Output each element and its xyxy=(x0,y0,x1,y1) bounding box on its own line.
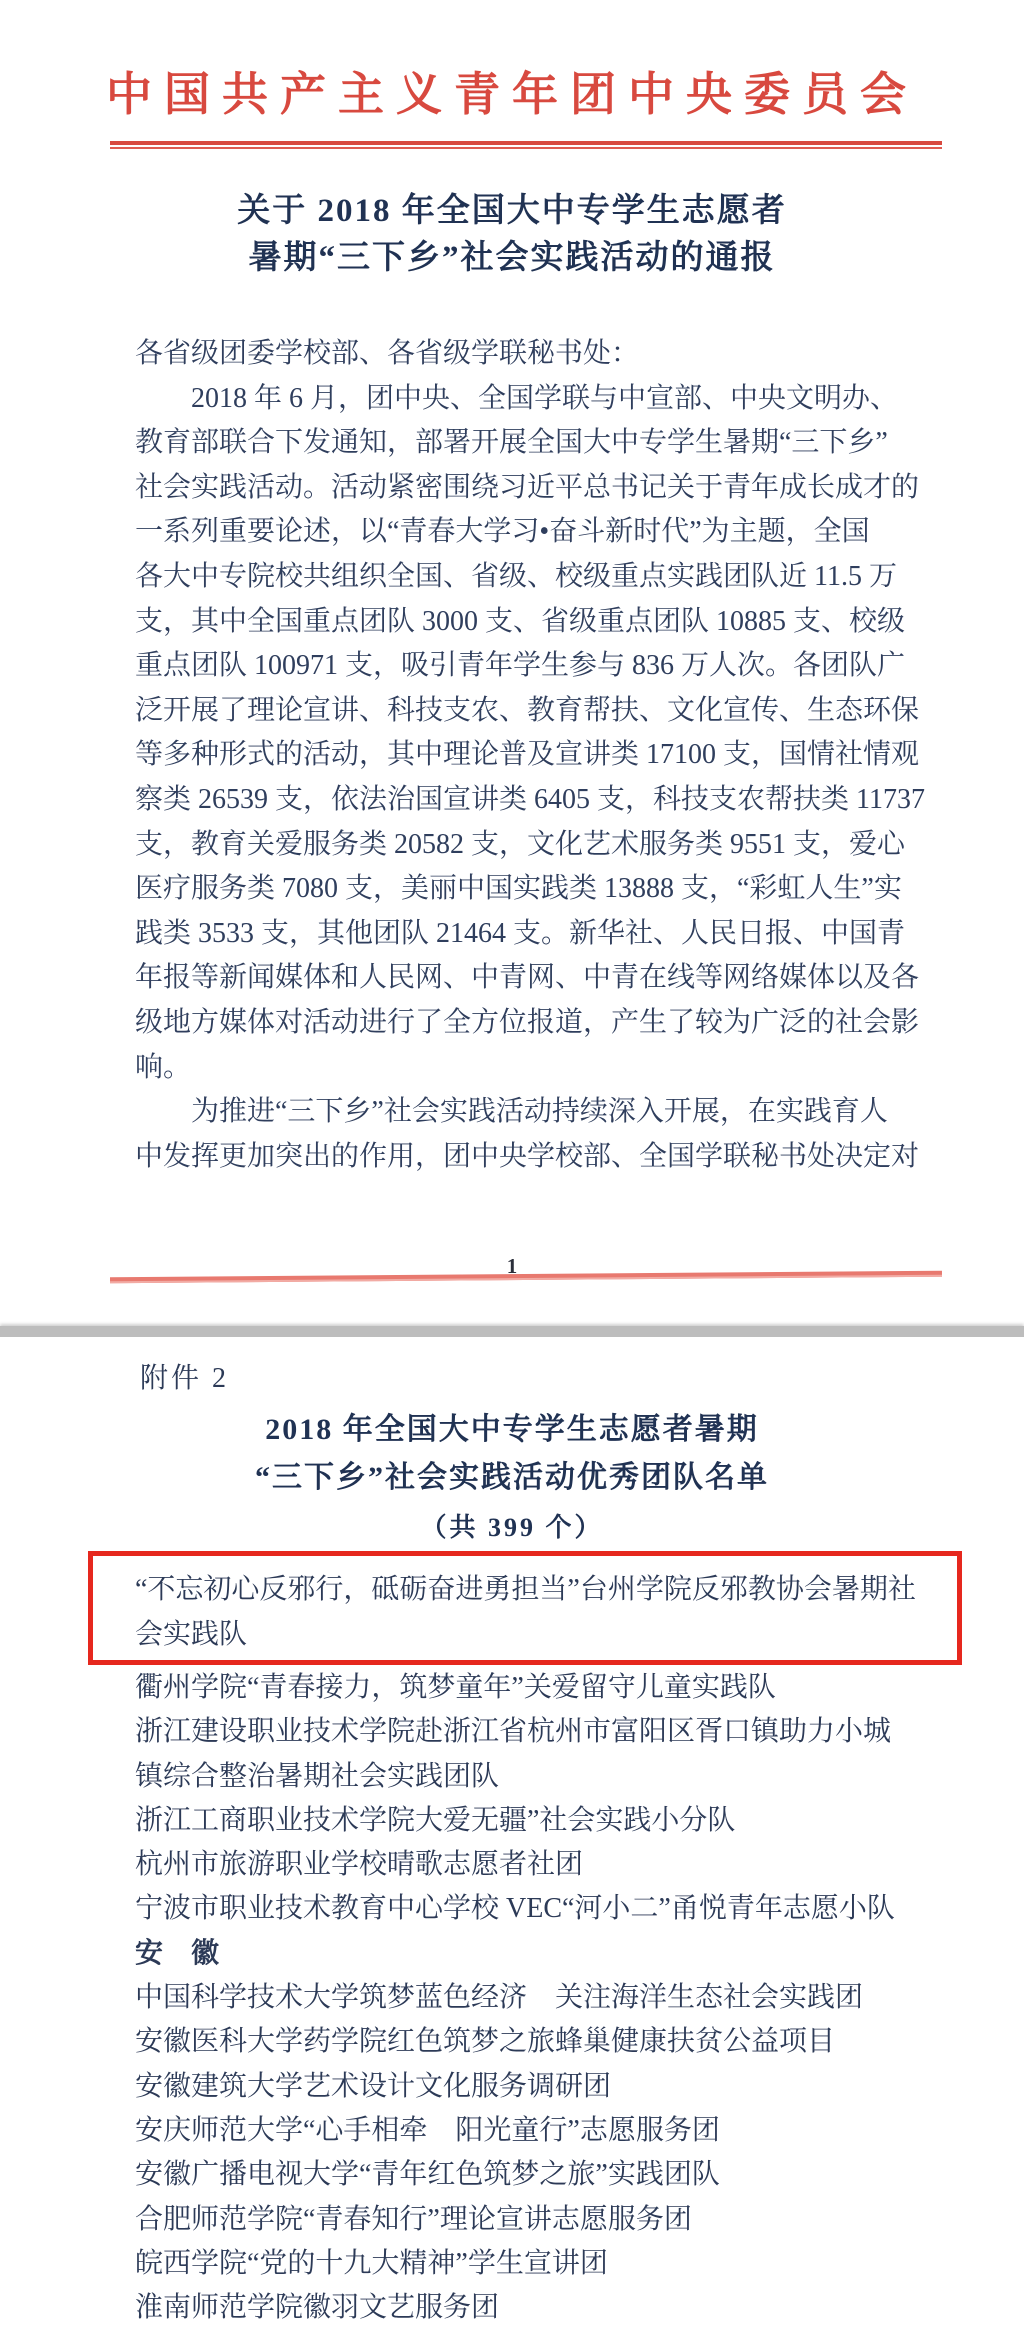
body-line: 级地方媒体对活动进行了全方位报道，产生了较为广泛的社会影 xyxy=(135,1001,905,1046)
notice-body: 各省级团委学校部、各省级学联秘书处：2018 年 6 月，团中央、全国学联与中宣… xyxy=(135,332,905,1179)
body-line: 教育部联合下发通知，部署开展全国大中专学生暑期“三下乡” xyxy=(135,421,905,466)
team-list-item: 合肥师范学院“青春知行”理论宣讲志愿服务团 xyxy=(135,2198,985,2242)
team-list-item: 安庆师范大学“心手相牵 阳光童行”志愿服务团 xyxy=(135,2109,985,2153)
masthead-divider xyxy=(110,141,942,149)
attachment-label: 附件 2 xyxy=(140,1356,229,1396)
highlighted-team-box: “不忘初心反邪行，砥砺奋进勇担当”台州学院反邪教协会暑期社会实践队 xyxy=(88,1551,962,1665)
team-list-item: 中国科学技术大学筑梦蓝色经济 关注海洋生态社会实践团 xyxy=(135,1976,985,2020)
appendix-title-line: 2018 年全国大中专学生志愿者暑期 xyxy=(0,1406,1024,1454)
team-list-item: 杭州市旅游职业学校晴歌志愿者社团 xyxy=(135,1843,985,1887)
appendix-title-line: “三下乡”社会实践活动优秀团队名单 xyxy=(0,1454,1024,1502)
team-list-item: 镇综合整治暑期社会实践团队 xyxy=(135,1755,985,1799)
team-count: （共 399 个） xyxy=(0,1507,1024,1544)
body-line: 各省级团委学校部、各省级学联秘书处： xyxy=(135,332,905,377)
highlighted-team-line: 会实践队 xyxy=(135,1612,949,1657)
body-line: 响。 xyxy=(135,1046,905,1091)
team-list-item: 安 徽 xyxy=(135,1932,985,1976)
org-masthead: 中国共产主义青年团中央委员会 xyxy=(0,64,1024,126)
team-list-item: 安徽建筑大学艺术设计文化服务调研团 xyxy=(135,2065,985,2109)
body-line: 社会实践活动。活动紧密围绕习近平总书记关于青年成长成才的 xyxy=(135,466,905,511)
body-line: 支，其中全国重点团队 3000 支、省级重点团队 10885 支、校级 xyxy=(135,600,905,645)
body-line: 察类 26539 支，依法治国宣讲类 6405 支，科技支农帮扶类 11737 xyxy=(135,778,905,823)
team-list-item: 衢州学院“青春接力，筑梦童年”关爱留守儿童实践队 xyxy=(135,1666,985,1710)
team-list-item: 安徽医科大学药学院红色筑梦之旅蜂巢健康扶贫公益项目 xyxy=(135,2020,985,2064)
body-line: 支，教育关爱服务类 20582 支，文化艺术服务类 9551 支，爱心 xyxy=(135,823,905,868)
body-line: 各大中专院校共组织全国、省级、校级重点实践团队近 11.5 万 xyxy=(135,555,905,600)
highlighted-team-line: “不忘初心反邪行，砥砺奋进勇担当”台州学院反邪教协会暑期社 xyxy=(135,1567,949,1612)
document-title-line: 关于 2018 年全国大中专学生志愿者 xyxy=(0,188,1024,235)
body-line: 践类 3533 支，其他团队 21464 支。新华社、人民日报、中国青 xyxy=(135,912,905,957)
body-line: 重点团队 100971 支，吸引青年学生参与 836 万人次。各团队广 xyxy=(135,644,905,689)
team-list-item: 淮南师范学院徽羽文艺服务团 xyxy=(135,2286,985,2330)
appendix-title: 2018 年全国大中专学生志愿者暑期“三下乡”社会实践活动优秀团队名单 xyxy=(0,1406,1024,1502)
document-title: 关于 2018 年全国大中专学生志愿者暑期“三下乡”社会实践活动的通报 xyxy=(0,188,1024,282)
body-line: 2018 年 6 月，团中央、全国学联与中宣部、中央文明办、 xyxy=(135,377,905,422)
document-title-line: 暑期“三下乡”社会实践活动的通报 xyxy=(0,235,1024,282)
page-number: 1 xyxy=(0,1254,1024,1279)
team-list-item: 安徽广播电视大学“青年红色筑梦之旅”实践团队 xyxy=(135,2153,985,2197)
body-line: 等多种形式的活动，其中理论普及宣讲类 17100 支，国情社情观 xyxy=(135,733,905,778)
body-line: 泛开展了理论宣讲、科技支农、教育帮扶、文化宣传、生态环保 xyxy=(135,689,905,734)
body-line: 年报等新闻媒体和人民网、中青网、中青在线等网络媒体以及各 xyxy=(135,956,905,1001)
page-break xyxy=(0,1326,1024,1337)
page-1-notice: 中国共产主义青年团中央委员会 关于 2018 年全国大中专学生志愿者暑期“三下乡… xyxy=(0,0,1024,1326)
page-2-appendix: 附件 2 2018 年全国大中专学生志愿者暑期“三下乡”社会实践活动优秀团队名单… xyxy=(0,1337,1024,2334)
scanned-document: 中国共产主义青年团中央委员会 关于 2018 年全国大中专学生志愿者暑期“三下乡… xyxy=(0,0,1024,2334)
team-list-item: 皖西学院“党的十九大精神”学生宣讲团 xyxy=(135,2242,985,2286)
body-line: 为推进“三下乡”社会实践活动持续深入开展，在实践育人 xyxy=(135,1090,905,1135)
body-line: 医疗服务类 7080 支，美丽中国实践类 13888 支，“彩虹人生”实 xyxy=(135,867,905,912)
team-list-item: 浙江工商职业技术学院大爱无疆”社会实践小分队 xyxy=(135,1799,985,1843)
body-line: 中发挥更加突出的作用，团中央学校部、全国学联秘书处决定对 xyxy=(135,1135,905,1180)
team-list: 衢州学院“青春接力，筑梦童年”关爱留守儿童实践队浙江建设职业技术学院赴浙江省杭州… xyxy=(135,1666,985,2330)
body-line: 一系列重要论述，以“青春大学习•奋斗新时代”为主题，全国 xyxy=(135,510,905,555)
team-list-item: 浙江建设职业技术学院赴浙江省杭州市富阳区胥口镇助力小城 xyxy=(135,1710,985,1754)
team-list-item: 宁波市职业技术教育中心学校 VEC“河小二”甬悦青年志愿小队 xyxy=(135,1887,985,1931)
